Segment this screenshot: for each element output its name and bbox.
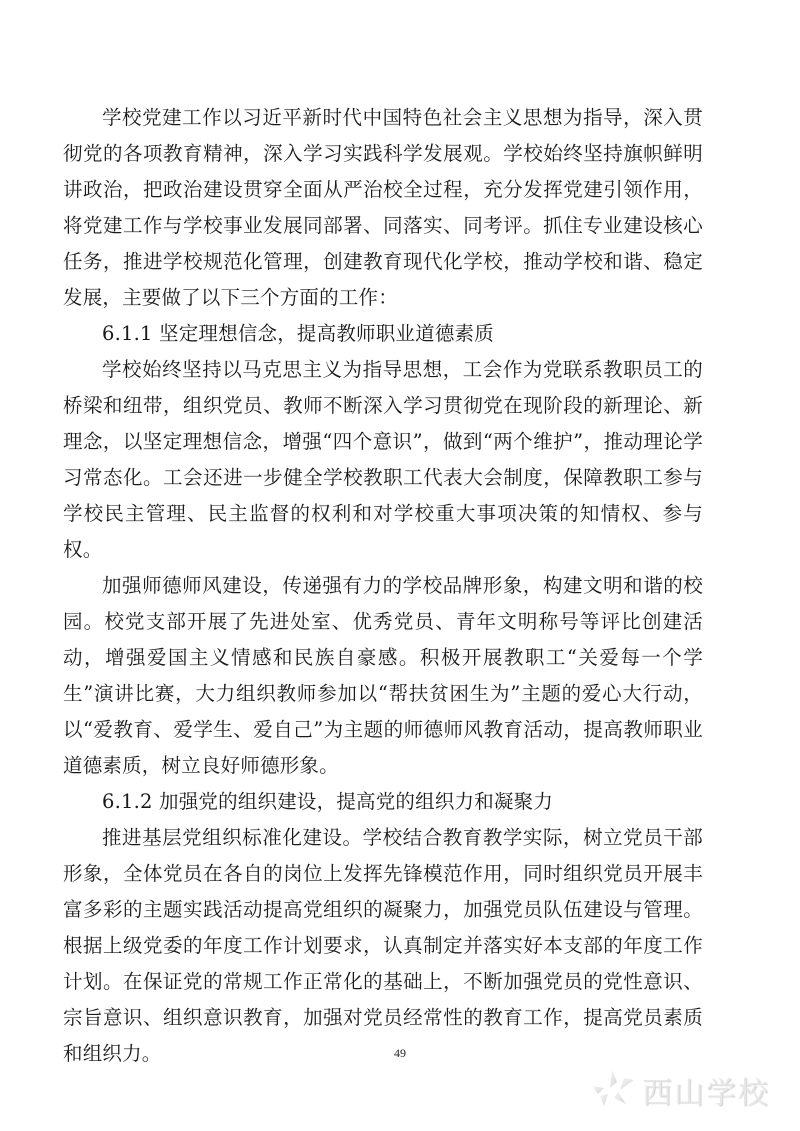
body-paragraph: 加强师德师风建设，传递强有力的学校品牌形象，构建文明和谐的校园。校党支部开展了先… bbox=[63, 568, 703, 784]
star-swirl-logo-icon bbox=[590, 1068, 636, 1112]
page-number: 49 bbox=[0, 1046, 800, 1061]
watermark: 西山学校 bbox=[590, 1068, 770, 1112]
body-paragraph: 学校始终坚持以马克思主义为指导思想，工会作为党联系教职员工的桥梁和纽带，组织党员… bbox=[63, 352, 703, 568]
section-heading-6-1-1: 6.1.1 坚定理想信念，提高教师职业道德素质 bbox=[63, 316, 703, 352]
watermark-text: 西山学校 bbox=[642, 1068, 770, 1112]
document-page: 学校党建工作以习近平新时代中国特色社会主义思想为指导，深入贯彻党的各项教育精神，… bbox=[63, 100, 703, 1072]
body-paragraph: 推进基层党组织标准化建设。学校结合教育教学实际，树立党员干部形象，全体党员在各自… bbox=[63, 820, 703, 1072]
intro-paragraph: 学校党建工作以习近平新时代中国特色社会主义思想为指导，深入贯彻党的各项教育精神，… bbox=[63, 100, 703, 316]
section-heading-6-1-2: 6.1.2 加强党的组织建设，提高党的组织力和凝聚力 bbox=[63, 784, 703, 820]
